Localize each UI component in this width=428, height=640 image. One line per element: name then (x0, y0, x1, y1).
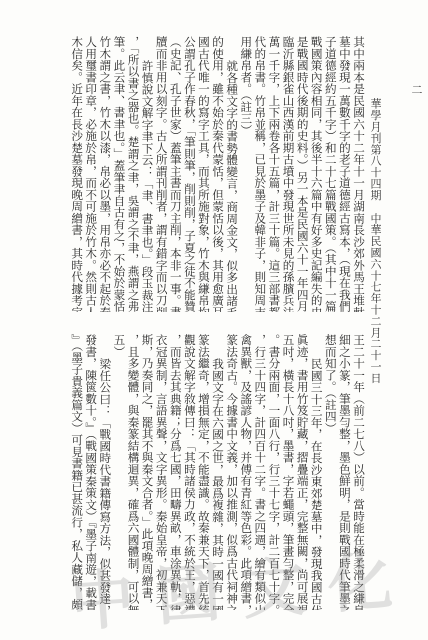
text-column: 萬一千字，上下兩卷各十五篇，計三十篇。這三部書都是戰國時 (267, 36, 281, 312)
text-column: 的使用，雖不始於秦代蒙恬，但蒙恬以後，其用愈廣耳。筆爲我 (211, 36, 225, 312)
text-column: 其中兩本是民國六十二年十一月湖南長沙郊外馬王堆軑侯一族漢 (352, 36, 366, 312)
text-column: 牘而非用以刻字。古人所謂刊削者，謂有錯字而以刀削去之也。 (155, 36, 169, 312)
text-column: （史記、孔子世家）蓋筆主書而刀主削，本非一事。書刀只用以削 (169, 36, 183, 312)
page-number: 二 (408, 84, 424, 95)
text-column: 筆。此云聿、書聿也。」蓋筆聿自古有之，不始於蒙恬也。箸於 (112, 36, 126, 312)
text-column: 臨沂縣銀雀山西漢前期古墳中發現世所未見的孫臏兵法，全長一 (281, 36, 295, 312)
running-header: 華學月刊第八十四期中華民國六十七年十二月二十一日 (369, 98, 382, 348)
text-column: 人用璽書印章，必施於帛，而不可施於竹木。然則古人不專用竹 (84, 36, 98, 312)
text-column: 代的帛書。竹帛並稱，已見於墨子及韓非子，則知周末書籍已有 (253, 36, 267, 312)
issue-date: 中華民國六十七年十二月二十一日 (369, 213, 382, 384)
text-column: 木信矣。近年在長沙楚墓發現晚周繒書，其時代據考定在楚頃襄 (70, 36, 84, 312)
text-column: 竹木謂之書，竹木以漆，帛必以墨，用帛亦必不起於秦漢也。古 (98, 36, 112, 312)
document-page: 二 華學月刊第八十四期中華民國六十七年十二月二十一日 其中兩本是民國六十二年十一… (0, 0, 428, 640)
text-column: 公謂孔子作春秋，「筆則筆，削則削，子夏之徒不能贊一辭。」 (183, 36, 197, 312)
text-column: ，「所以書之器也。楚謂之聿，吳謂之不聿，燕謂之弗，秦謂之 (126, 36, 140, 312)
text-column: 國古代唯一的寫字工具，而其所施對象，竹木與縑帛均可。太史 (197, 36, 211, 312)
paragraph-start-column: 就各種文字的書勢體變言，商周金文，似多出諸毛筆。毛筆 (225, 36, 239, 312)
text-column: 墓中發現一萬數千字的老子道德經古寫本，（現在我們所讀的老 (338, 36, 352, 312)
text-column: 是戰國時代後期的史料。）另一本是民國六十一年四月，在山東 (296, 36, 310, 312)
journal-title: 華學月刊第八十四期 (369, 98, 382, 201)
text-column: 子道德經約五千字）和二十七篇戰國策。（其中十一篇與現存的 (324, 36, 338, 312)
text-column: 用縑帛者。（註三） (239, 36, 253, 312)
text-block-top: 其中兩本是民國六十二年十一月湖南長沙郊外馬王堆軑侯一族漢 墓中發現一萬數千字的老… (48, 36, 366, 312)
paragraph-start-column: 許慎說文解字聿下云：「聿、書聿也。」段玉裁注：聿下云 (141, 36, 155, 312)
text-column: 戰國策內容相同，其後半十六篇中有好多史記編失的史實，特別 (310, 36, 324, 312)
